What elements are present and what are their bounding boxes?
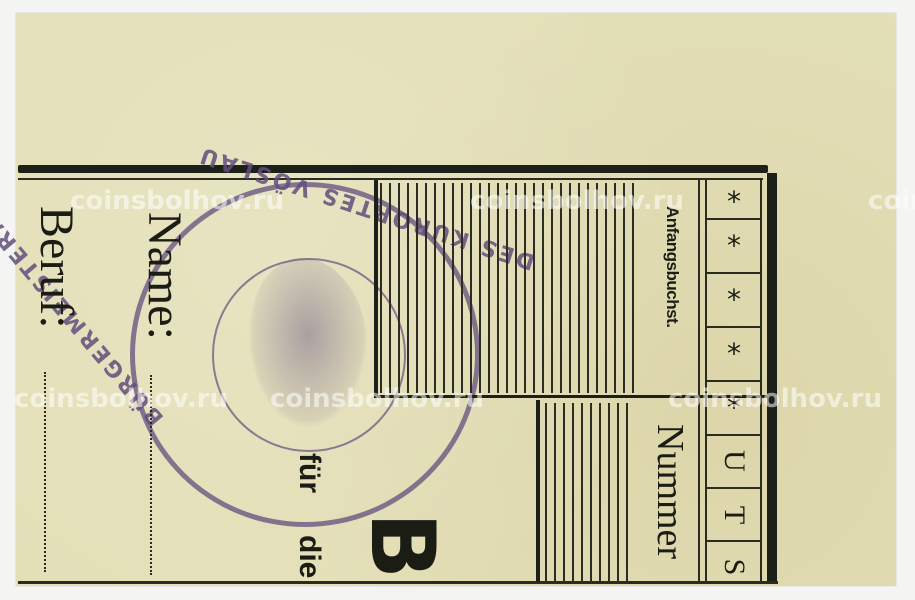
number-hatched-box	[545, 403, 635, 581]
beruf-label: Beruf:	[29, 206, 84, 329]
cell-divider	[707, 326, 760, 328]
number-label: Nummer	[648, 424, 692, 559]
watermark-text: coinsbolhov.ru	[270, 384, 484, 414]
watermark-text: coinsbolhov.ru	[14, 384, 228, 414]
right-thick-rule	[767, 173, 777, 581]
bottom-rule	[18, 581, 778, 584]
fuer-label: für	[292, 453, 326, 493]
watermark-text: coinsbolhov.ru	[470, 186, 684, 216]
letter-cell: T	[719, 491, 749, 539]
name-label: Name:	[137, 212, 192, 340]
cell-divider	[707, 434, 760, 436]
letter-cell: U	[719, 437, 749, 485]
cell-divider	[707, 540, 760, 542]
cell-divider	[707, 487, 760, 489]
star-cell: *	[710, 286, 758, 314]
category-letter: B	[358, 512, 446, 579]
watermark-text: coinsbolhov.ru	[668, 384, 882, 414]
star-cell: *	[710, 340, 758, 368]
cell-divider	[707, 272, 760, 274]
initial-box-left-border	[374, 180, 378, 398]
top-thick-rule	[18, 165, 768, 173]
die-label: die	[292, 535, 326, 578]
star-cell: *	[710, 188, 758, 216]
number-box-left-border	[536, 400, 540, 582]
cell-divider	[707, 380, 760, 382]
watermark-text: coinsbolhov.ru	[868, 186, 915, 216]
star-cell: *	[710, 232, 758, 260]
initial-label: Anfangsbuchst.	[662, 206, 682, 327]
top-thin-rule	[18, 178, 763, 180]
column-divider	[698, 180, 700, 582]
column-divider	[760, 180, 762, 582]
cell-divider	[707, 218, 760, 220]
letter-cell: S	[719, 543, 749, 591]
watermark-text: coinsbolhov.ru	[70, 186, 284, 216]
